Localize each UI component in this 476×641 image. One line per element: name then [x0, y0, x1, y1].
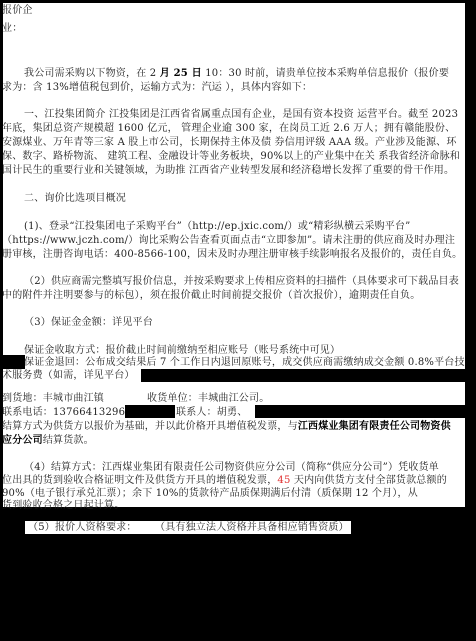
delivery-phone: 联系电话：13766413296，	[2, 406, 135, 419]
settlement-company: 江西煤业集团有限责任公司物资供	[298, 421, 451, 432]
redaction-block	[141, 369, 466, 382]
settlement-company-2: 应分公司	[2, 435, 43, 446]
intro-line-1: 我公司需采购以下物资，在 2 月 25 日 10：30 时前，请贵单位按本采购单…	[2, 67, 449, 80]
redaction-block	[255, 405, 466, 418]
section2-title: 二、询价比选项目概况	[2, 192, 126, 205]
item4-line: 货到验收合格之日起计算。	[2, 499, 124, 512]
settlement-text-2: 结算货款。	[43, 435, 94, 446]
intro-text-2: 10：30 时前，请贵单位按本采购单信息报价（报价要	[202, 68, 449, 79]
section1-line: 国计民生的重要行业和关键领域，为助推 江西省产业转型发展和经济稳增长发挥了重要的…	[2, 164, 454, 177]
item4-text: 位出具的货到验收合格证明文件及供货方开具的增值税发票，	[2, 475, 277, 486]
item4-line: （4）结算方式：江西煤业集团有限责任公司物资供应分公司（简称“供应分公司”）凭收…	[2, 461, 439, 474]
header-line-2: 业：	[2, 22, 22, 35]
item1-line: 册审核，注册咨询电话：400-8566-100，因未及时办理注册审核手续影响报名…	[2, 248, 462, 261]
delivery-place: 到货地：丰城市曲江镇	[2, 392, 104, 405]
delivery-contact: 联系人：胡勇、	[176, 406, 247, 419]
item5-value: （具有独立法人资格并具备相应销售资质）	[155, 521, 349, 534]
item5-label: （5）报价人资格要求：	[28, 521, 137, 534]
intro-text: 我公司需采购以下物资，在 2	[24, 68, 160, 79]
section1-line: 保、数字、路桥物流、 建筑工程、金融设计等业务板块，90%以上的产业集中在关 系…	[2, 150, 460, 163]
settlement-line-2: 应分公司结算货款。	[2, 434, 94, 447]
item1-line: （https://www.jczh.com/）询比采购公告查看页面点击“立即参加…	[2, 234, 455, 247]
item3-deposit-amount: （3）保证金金额：详见平台	[2, 316, 153, 329]
header-line-1: 报价企	[2, 4, 33, 17]
intro-line-2: 求为：含 13%增值税包到价，运输方式为：汽运 ），具体内容如下：	[2, 81, 312, 94]
payment-days: 45	[277, 475, 290, 486]
section1-line: 安源煤业、万年青等三家 A 股上市公司，长期保持主体及债 券信用评级 AAA 级…	[2, 136, 457, 149]
right-border	[466, 0, 476, 641]
item2-line: 中的附件并注明要参与的标包），须在报价截止时间前提交报价（首次报价），逾期责任自…	[2, 289, 420, 302]
redaction-block	[125, 405, 175, 418]
item4-text-2: 天内向供货方支付全部货款总额的	[291, 475, 447, 486]
settlement-line-1: 结算方式为供货方以报价为基础，并以此价格开具增值税发票，与江西煤业集团有限责任公…	[2, 420, 451, 433]
item2-line: （2）供应商需完整填写报价信息，并按采购要求上传相应资料的扫描件（具体要求可下载…	[2, 275, 459, 288]
intro-date: 月 25 日	[160, 68, 202, 79]
deposit-refund-2: 术服务费（如需，详见平台）	[2, 369, 135, 382]
section1-line: 年底，集团总资产规模超 1600 亿元， 管理企业逾 300 家，在岗员工近 2…	[2, 122, 455, 135]
settlement-text: 结算方式为供货方以报价为基础，并以此价格开具增值税发票，与	[2, 421, 298, 432]
item1-line: (1)、登录“江投集团电子采购平台”（http://ep.jxic.com/）或…	[2, 220, 411, 233]
delivery-receiver: 收货单位：丰城曲江公司。	[147, 392, 269, 405]
section1-line: 一、江投集团简介 江投集团是江西省省属重点国有企业，是国有资本投资 运营平台。截…	[2, 108, 458, 121]
item4-line: 位出具的货到验收合格证明文件及供货方开具的增值税发票，45 天内向供货方支付全部…	[2, 474, 447, 487]
deposit-refund: 保证金退回：公布成交结果后 7 个工作日内退回原账号，成交供应商需缴纳成交金额 …	[2, 356, 465, 369]
